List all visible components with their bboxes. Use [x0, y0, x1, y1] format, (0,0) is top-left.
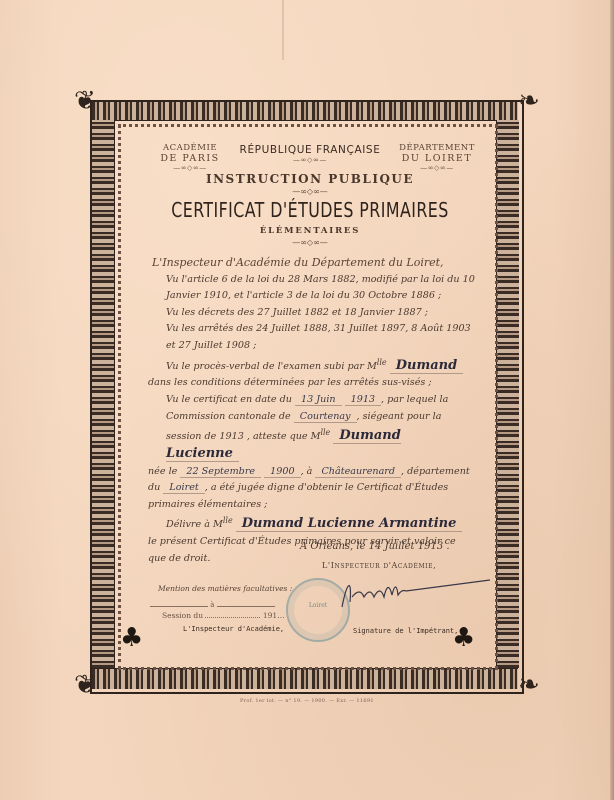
exam-prefix: Vu le procès-verbal de l'examen subi par…	[166, 361, 377, 372]
canton-name: Courtenay	[294, 411, 357, 423]
page-edge	[610, 0, 614, 800]
academie-label: ACADÉMIE DE PARIS —∞◇∞—	[145, 143, 235, 172]
title-sup: lle	[377, 358, 387, 367]
title-sup: lle	[223, 516, 233, 525]
holder-signature-label: Signature de l'Impétrant,	[353, 627, 458, 635]
certificate-title: CERTIFICAT D'ÉTUDES PRIMAIRES	[152, 198, 469, 222]
paper-fold	[282, 0, 284, 60]
corner-scroll-icon: ❦	[74, 672, 96, 698]
award-clause: Délivre à Mlle Dumand Lucienne Armantine	[148, 513, 476, 534]
commission-date: 13 Juin	[295, 394, 342, 406]
session-label: Session du	[162, 611, 203, 620]
legal-clause: Vu les arrêtés des 24 Juillet 1888, 31 J…	[148, 321, 476, 354]
certificate-body: L'Inspecteur d'Académie du Département d…	[148, 255, 476, 567]
birth-at: , à	[301, 466, 313, 477]
corner-scroll-icon: ❦	[74, 88, 96, 114]
recipient-fullname: Dumand Lucienne Armantine	[236, 516, 463, 532]
ornament-divider: —∞◇∞—	[145, 164, 235, 172]
section-heading: INSTRUCTION PUBLIQUE	[170, 172, 450, 186]
session-line: Session du 191…	[162, 611, 285, 620]
blank-line	[205, 617, 260, 618]
exam-clause: Vu le procès-verbal de l'examen subi par…	[148, 355, 476, 376]
blank-line	[217, 606, 275, 607]
republic-text: RÉPUBLIQUE FRANÇAISE	[230, 144, 390, 156]
opening-line: L'Inspecteur d'Académie du Département d…	[148, 255, 476, 272]
birth-label: née le	[148, 466, 177, 477]
birth-clause: née le 22 Septembre 1900, à Châteaurenar…	[148, 464, 476, 514]
signatory-title: L'Inspecteur d'Académie,	[322, 561, 436, 570]
birth-date: 22 Septembre	[180, 466, 261, 478]
ornamental-border-top	[92, 102, 518, 121]
ornamental-border-bottom	[92, 668, 518, 689]
candidate-surname: Dumand	[390, 358, 463, 374]
ornament-divider: —∞◇∞—	[230, 156, 390, 164]
title-sup: lle	[320, 428, 330, 437]
departement-label: DÉPARTEMENT DU LOIRET —∞◇∞—	[392, 143, 482, 172]
departement-line1: DÉPARTEMENT	[392, 143, 482, 153]
dept-label: , département	[401, 466, 470, 477]
ornamental-border-left	[92, 120, 115, 668]
conditions-clause: dans les conditions déterminées par les …	[148, 375, 476, 392]
inspector-label: L'Inspecteur d'Académie,	[183, 625, 284, 633]
ornament-divider: —∞◇∞—	[230, 187, 390, 196]
birth-department: Loiret	[163, 482, 204, 494]
commission-year: 1913	[345, 394, 381, 406]
optional-subjects-label: Mention des matières facultatives :	[158, 584, 292, 593]
cherub-icon: ♣	[120, 625, 143, 651]
award-prefix: Délivre à M	[166, 519, 223, 530]
legal-clause: Vu l'article 6 de la loi du 28 Mars 1882…	[148, 272, 476, 305]
departement-line2: DU LOIRET	[392, 153, 482, 164]
corner-scroll-icon: ❧	[518, 672, 540, 698]
mention-sep: à	[210, 601, 214, 609]
place-and-date: À Orléans, le 14 Juillet 1913 .	[300, 541, 450, 552]
ornament-divider: —∞◇∞—	[392, 164, 482, 172]
republic-heading: RÉPUBLIQUE FRANÇAISE —∞◇∞—	[230, 144, 390, 164]
academie-line1: ACADÉMIE	[145, 143, 235, 153]
legal-clause: Vu les décrets des 27 Juillet 1882 et 18…	[148, 305, 476, 322]
optional-subjects-line: à	[150, 601, 278, 609]
du-label: du	[148, 482, 160, 493]
session-year: 191	[263, 611, 277, 620]
certificate-subtitle: ÉLÉMENTAIRES	[230, 226, 390, 236]
birth-year: 1900	[264, 466, 300, 478]
inspector-signature	[322, 572, 492, 612]
corner-scroll-icon: ❧	[518, 88, 540, 114]
ornament-divider: —∞◇∞—	[250, 238, 370, 247]
academie-line2: DE PARIS	[145, 153, 235, 164]
ornamental-border-right	[496, 120, 519, 668]
certificate-clause: Vu le certificat en date du 13 Juin 1913…	[148, 392, 476, 464]
birth-place: Châteaurenard	[315, 466, 401, 478]
printer-line: Prof. 1er lot. — n° 19. — 1900. — Exr. —…	[240, 698, 374, 704]
blank-line	[150, 606, 208, 607]
cert-prefix: Vu le certificat en date du	[166, 394, 292, 405]
